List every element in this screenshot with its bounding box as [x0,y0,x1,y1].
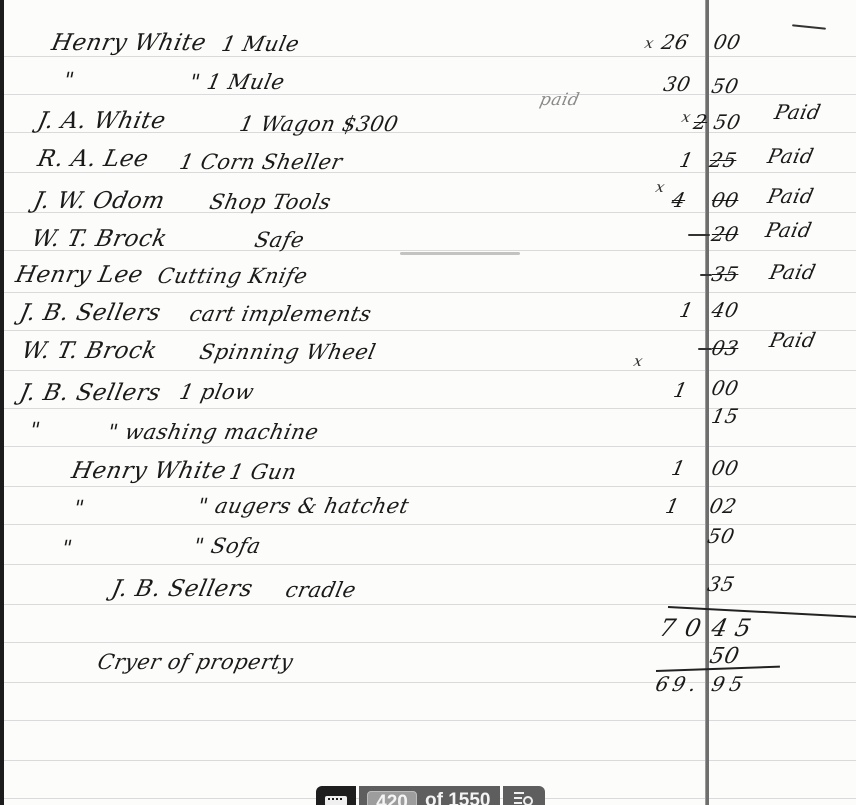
entry-cents: 35 [705,572,737,596]
ruled-line [4,370,856,371]
entry-cents: 20 [709,222,741,246]
ruled-line [4,172,856,173]
entry-name: J. W. Odom [31,188,167,214]
margin-note: paid [538,90,582,110]
entry-cents: 50 [711,110,743,134]
entry-cents: 15 [709,404,741,428]
entry-mark: x [632,352,645,370]
entry-item: Safe [252,228,306,252]
crier-label: Cryer of property [95,650,295,674]
entry-name: W. T. Brock [19,338,159,364]
page-number-input[interactable]: 420 [367,791,417,805]
entry-name: J. B. Sellers [17,300,163,326]
entry-cents: 50 [709,74,741,98]
entry-dollars: 1 [671,378,689,402]
entry-name: R. A. Lee [35,146,151,172]
total-cents: 95 [709,672,750,696]
paid-label: Paid [763,218,814,242]
entry-cents: 02 [707,494,739,518]
ruled-line [4,564,856,565]
viewer-toolbar: 420 of 1550 [316,786,545,805]
paid-label: Paid [772,100,823,124]
ruled-line [4,330,856,331]
keyboard-button[interactable] [316,786,356,805]
entry-dollars: 30 [661,72,693,96]
entry-item: 1 Wagon $300 [237,112,400,136]
entry-name: Henry White [49,30,208,56]
entry-item: " Sofa [191,534,263,558]
entry-item: Shop Tools [207,190,333,214]
subtotal-dollars: 70 [657,614,713,642]
entry-cents: 00 [711,30,743,54]
ruled-line [4,720,856,721]
ink-smudge [400,252,520,255]
entry-item: cart implements [187,302,373,326]
page-navigator: 420 of 1550 [359,786,500,805]
entry-dollars: 1 [669,456,687,480]
list-search-icon [514,792,534,805]
ruled-line [4,604,856,605]
entry-cents: 00 [709,188,741,212]
subtotal-cents: 45 [709,614,761,642]
total-dollars: 69. [653,672,702,696]
entry-cents: 35 [709,262,741,286]
paid-label: Paid [767,328,818,352]
entry-dollars: 1 [677,148,695,172]
entry-dollars: 1 [663,494,681,518]
ruled-line [4,292,856,293]
index-search-button[interactable] [503,786,545,805]
entry-item: Cutting Knife [155,264,310,288]
entry-mark: x [643,34,656,52]
strike-mark [688,234,710,236]
entry-dollars: 1 [677,298,695,322]
ruled-line [4,642,856,643]
crier-cents: 50 [707,644,741,669]
strike-mark [700,274,712,276]
entry-item: 1 plow [177,380,256,404]
ruled-line [4,446,856,447]
entry-cents: 25 [707,148,739,172]
entry-item: " augers & hatchet [195,494,411,518]
entry-cents: 40 [709,298,741,322]
entry-cents: 03 [709,336,741,360]
margin-dash-mark [792,24,826,30]
paid-label: Paid [767,260,818,284]
keyboard-icon [325,796,347,805]
entry-item: cradle [283,578,358,602]
entry-name: " [71,496,86,520]
scan-left-edge [0,0,4,805]
entry-item: 1 Corn Sheller [177,150,344,174]
entry-cents: 00 [709,456,741,480]
entry-mark: x [680,108,693,126]
entry-name: J. B. Sellers [17,380,163,406]
ledger-page-scan: Henry White 1 Mule x 26 00 " " 1 Mule 30… [0,0,856,805]
entry-name: " [27,418,42,442]
entry-cents: 50 [705,524,737,548]
entry-dollars: 4 [669,188,687,212]
paid-label: Paid [765,184,816,208]
entry-item: " 1 Mule [187,70,287,94]
entry-name: " [59,536,74,560]
entry-dollars: 26 [659,30,691,54]
entry-cents: 00 [709,376,741,400]
strike-mark [698,348,712,350]
page-count-label: of 1550 [425,790,490,805]
entry-name: Henry Lee [13,262,145,288]
entry-name: Henry White [69,458,228,484]
entry-name: W. T. Brock [29,226,169,252]
entry-mark: x [654,178,667,196]
ruled-line [4,486,856,487]
ruled-line [4,760,856,761]
paid-label: Paid [765,144,816,168]
entry-item: Spinning Wheel [197,340,378,364]
ruled-line [4,56,856,57]
entry-item: 1 Mule [219,32,301,56]
entry-name: " [61,68,76,92]
entry-name: J. B. Sellers [109,576,255,602]
entry-item: 1 Gun [227,460,298,484]
entry-name: J. A. White [35,108,168,134]
entry-item: " washing machine [105,420,320,444]
